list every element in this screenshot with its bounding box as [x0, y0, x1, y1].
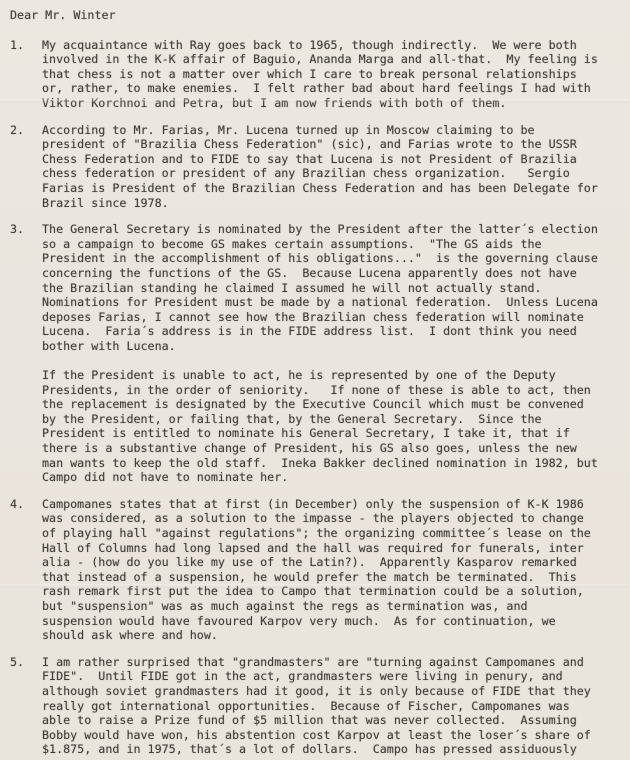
text-line: although soviet grandmasters had it good…: [42, 684, 614, 699]
text-line: man wants to keep the old staff. Ineka B…: [42, 456, 614, 471]
text-line: bother with Lucena.: [42, 339, 614, 354]
paragraph: Campomanes states that at first (in Dece…: [42, 497, 614, 643]
text-line: that instead of a suspension, he would p…: [42, 570, 614, 585]
text-line: alia - (how do you like my use of the La…: [42, 555, 614, 570]
text-line: rash remark first put the idea to Campo …: [42, 584, 614, 599]
item-content: According to Mr. Farias, Mr. Lucena turn…: [42, 123, 614, 211]
text-line: involved in the K-K affair of Baguio, An…: [42, 52, 614, 67]
text-line: concerning the functions of the GS. Beca…: [42, 266, 614, 281]
list-item: 3.The General Secretary is nominated by …: [10, 222, 614, 485]
item-content: I am rather surprised that "grandmasters…: [42, 655, 614, 757]
text-line: Nominations for President must be made b…: [42, 295, 614, 310]
item-number: 3.: [10, 222, 42, 485]
text-line: Lucena. Faria´s address is in the FIDE a…: [42, 324, 614, 339]
text-line: My acquaintance with Ray goes back to 19…: [42, 38, 614, 53]
salutation: Dear Mr. Winter: [10, 8, 614, 23]
text-line: was considered, as a solution to the imp…: [42, 511, 614, 526]
paragraph: I am rather surprised that "grandmasters…: [42, 655, 614, 757]
text-line: Farias is President of the Brazilian Che…: [42, 181, 614, 196]
list-item: 2.According to Mr. Farias, Mr. Lucena tu…: [10, 123, 614, 211]
paragraph: The General Secretary is nominated by th…: [42, 222, 614, 353]
text-line: really got international opportunities. …: [42, 699, 614, 714]
text-line: should ask where and how.: [42, 628, 614, 643]
list-item: 5.I am rather surprised that "grandmaste…: [10, 655, 614, 757]
item-content: Campomanes states that at first (in Dece…: [42, 497, 614, 643]
item-number: 2.: [10, 123, 42, 211]
text-line: President in the accomplishment of his o…: [42, 251, 614, 266]
item-number: 4.: [10, 497, 42, 643]
paragraph: If the President is unable to act, he is…: [42, 368, 614, 485]
text-line: the replacement is designated by the Exe…: [42, 397, 614, 412]
text-line: Presidents, in the order of seniority. I…: [42, 383, 614, 398]
text-line: Bobby would have won, his abstention cos…: [42, 728, 614, 743]
text-line: suspension would have favoured Karpov ve…: [42, 614, 614, 629]
text-line: president of "Brazilia Chess Federation"…: [42, 137, 614, 152]
text-line: The General Secretary is nominated by th…: [42, 222, 614, 237]
text-line: Campo did not have to nominate her.: [42, 470, 614, 485]
text-line: the Brazilian standing he claimed I assu…: [42, 281, 614, 296]
paragraph: According to Mr. Farias, Mr. Lucena turn…: [42, 123, 614, 211]
text-line: FIDE". Until FIDE got in the act, grandm…: [42, 669, 614, 684]
text-line: by the President, or failing that, by th…: [42, 412, 614, 427]
text-line: According to Mr. Farias, Mr. Lucena turn…: [42, 123, 614, 138]
text-line: able to raise a Prize fund of $5 million…: [42, 713, 614, 728]
text-line: If the President is unable to act, he is…: [42, 368, 614, 383]
item-number: 5.: [10, 655, 42, 757]
text-line: that chess is not a matter over which I …: [42, 67, 614, 82]
text-line: chess federation or president of any Bra…: [42, 166, 614, 181]
list-item: 4.Campomanes states that at first (in De…: [10, 497, 614, 643]
text-line: but "suspension" was as much against the…: [42, 599, 614, 614]
text-line: I am rather surprised that "grandmasters…: [42, 655, 614, 670]
text-line: there is a substantive change of Preside…: [42, 441, 614, 456]
text-line: Campomanes states that at first (in Dece…: [42, 497, 614, 512]
text-line: or, rather, to make enemies. I felt rath…: [42, 81, 614, 96]
paragraph: My acquaintance with Ray goes back to 19…: [42, 38, 614, 111]
text-line: deposes Farias, I cannot see how the Bra…: [42, 310, 614, 325]
text-line: Brazil since 1978.: [42, 196, 614, 211]
letter-page: Dear Mr. Winter 1.My acquaintance with R…: [0, 0, 630, 760]
item-content: The General Secretary is nominated by th…: [42, 222, 614, 485]
text-line: so a campaign to become GS makes certain…: [42, 237, 614, 252]
text-line: Hall of Columns had long lapsed and the …: [42, 541, 614, 556]
item-content: My acquaintance with Ray goes back to 19…: [42, 38, 614, 111]
text-line: of playing hall "against regulations"; t…: [42, 526, 614, 541]
text-line: Viktor Korchnoi and Petra, but I am now …: [42, 96, 614, 111]
text-line: $1.875, and in 1975, that´s a lot of dol…: [42, 742, 614, 757]
text-line: Chess Federation and to FIDE to say that…: [42, 152, 614, 167]
letter-body: 1.My acquaintance with Ray goes back to …: [10, 38, 614, 757]
list-item: 1.My acquaintance with Ray goes back to …: [10, 38, 614, 111]
item-number: 1.: [10, 38, 42, 111]
text-line: President is entitled to nominate his Ge…: [42, 426, 614, 441]
